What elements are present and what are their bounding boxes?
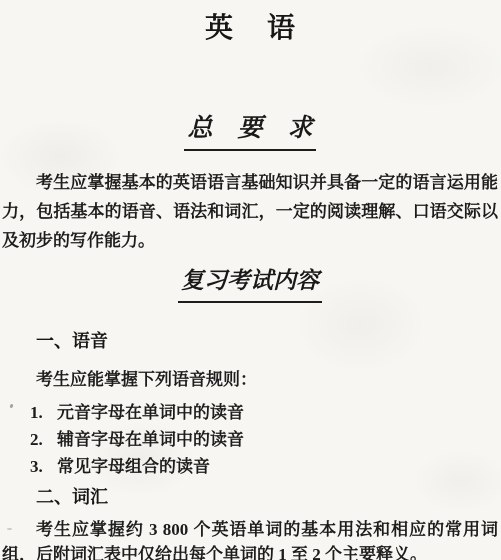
list-item-text: 辅音字母在单词中的读音 [57, 426, 244, 453]
general-requirements-section: 总 要 求 [2, 115, 498, 151]
general-requirements-heading: 总 要 求 [184, 115, 315, 151]
general-requirements-paragraph: 考生应掌握基本的英语语言基础知识并具备一定的语言运用能力，包括基本的语音、语法和… [2, 168, 498, 255]
phonetics-intro: 考生应能掌握下列语音规则： [2, 369, 498, 391]
vocabulary-heading: 二、词汇 [2, 486, 498, 508]
review-content-heading: 复习考试内容 [178, 267, 322, 303]
list-item-text: 元音字母在单词中的读音 [57, 399, 244, 426]
list-item-number: 1. [30, 399, 57, 426]
list-item: 2. 辅音字母在单词中的读音 [2, 426, 498, 453]
list-item-number: 2. [30, 426, 57, 453]
phonetics-heading: 一、语音 [2, 330, 498, 352]
page-title: 英 语 [2, 12, 498, 44]
review-content-section: 复习考试内容 [2, 267, 498, 303]
list-item-text: 常见字母组合的读音 [57, 453, 210, 480]
list-item: 1. 元音字母在单词中的读音 [2, 399, 498, 426]
vocabulary-paragraph: 考生应掌握约 3 800 个英语单词的基本用法和相应的常用词组，后附词汇表中仅给… [2, 517, 498, 560]
list-item: 3. 常见字母组合的读音 [2, 453, 498, 480]
scanned-document-page: 英 语 总 要 求 考生应掌握基本的英语语言基础知识并具备一定的语言运用能力，包… [0, 0, 501, 560]
phonetics-rule-list: 1. 元音字母在单词中的读音 2. 辅音字母在单词中的读音 3. 常见字母组合的… [2, 399, 498, 480]
list-item-number: 3. [30, 453, 57, 480]
scan-artifact [7, 528, 12, 530]
